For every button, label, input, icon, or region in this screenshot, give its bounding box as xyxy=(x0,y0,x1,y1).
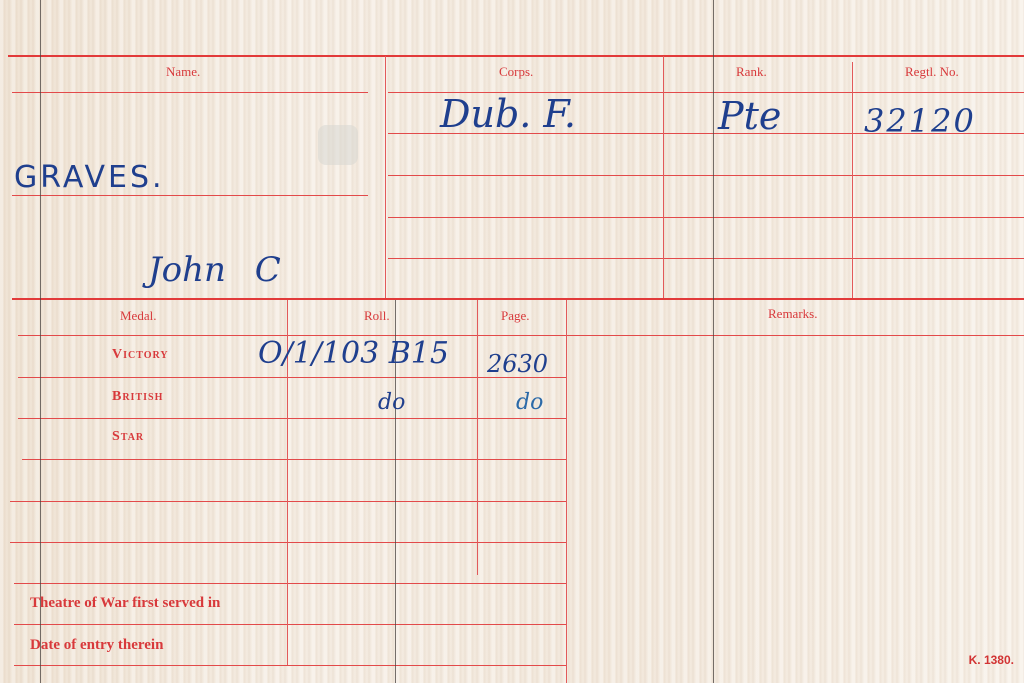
date-of-entry-label: Date of entry therein xyxy=(30,637,163,654)
ruling xyxy=(388,258,1024,259)
medal-label: Medal. xyxy=(120,308,156,324)
medal-victory: Victory xyxy=(112,347,169,363)
page-label: Page. xyxy=(501,308,530,324)
paper-crease xyxy=(713,0,714,683)
rank-value: Pte xyxy=(718,94,781,138)
ruling xyxy=(18,418,566,419)
roll-british-value: do xyxy=(378,390,405,415)
surname-value: GRAVES. xyxy=(14,160,165,195)
column-divider xyxy=(385,56,386,298)
ruling xyxy=(388,217,1024,218)
corps-value: Dub. F. xyxy=(440,92,576,136)
page-british-value: do xyxy=(516,390,543,415)
ruling xyxy=(14,583,566,584)
name-label: Name. xyxy=(166,64,200,80)
paper-crease xyxy=(40,0,41,683)
ruling xyxy=(14,624,566,625)
roll-victory-value: O/1/103 B15 xyxy=(258,336,449,371)
form-number: K. 1380. xyxy=(969,653,1014,667)
medal-british: British xyxy=(112,389,163,405)
corps-label: Corps. xyxy=(499,64,533,80)
medal-index-card: Name. Corps. Rank. Regtl. No. GRAVES. Jo… xyxy=(0,0,1024,683)
regt-no-value: 32120 xyxy=(864,102,976,140)
ruling-middle xyxy=(12,298,1024,300)
ruling-top xyxy=(8,55,1024,57)
ruling xyxy=(14,665,566,666)
theatre-label: Theatre of War first served in xyxy=(30,595,220,612)
ruling xyxy=(18,377,566,378)
ruling xyxy=(10,542,566,543)
ruling xyxy=(18,335,1024,336)
column-divider xyxy=(477,300,478,575)
ruling xyxy=(22,459,566,460)
ruling xyxy=(12,92,368,93)
column-divider xyxy=(566,300,567,683)
regt-no-label: Regtl. No. xyxy=(905,64,959,80)
ruling xyxy=(388,175,1024,176)
forenames-value: John C xyxy=(148,250,281,290)
medal-star: Star xyxy=(112,429,144,445)
column-divider xyxy=(663,56,664,298)
ruling xyxy=(12,195,368,196)
ruling xyxy=(10,501,566,502)
column-divider xyxy=(852,62,853,298)
page-victory-value: 2630 xyxy=(487,350,548,378)
remarks-label: Remarks. xyxy=(768,306,817,322)
faded-stamp xyxy=(318,125,358,165)
rank-label: Rank. xyxy=(736,64,767,80)
roll-label: Roll. xyxy=(364,308,390,324)
